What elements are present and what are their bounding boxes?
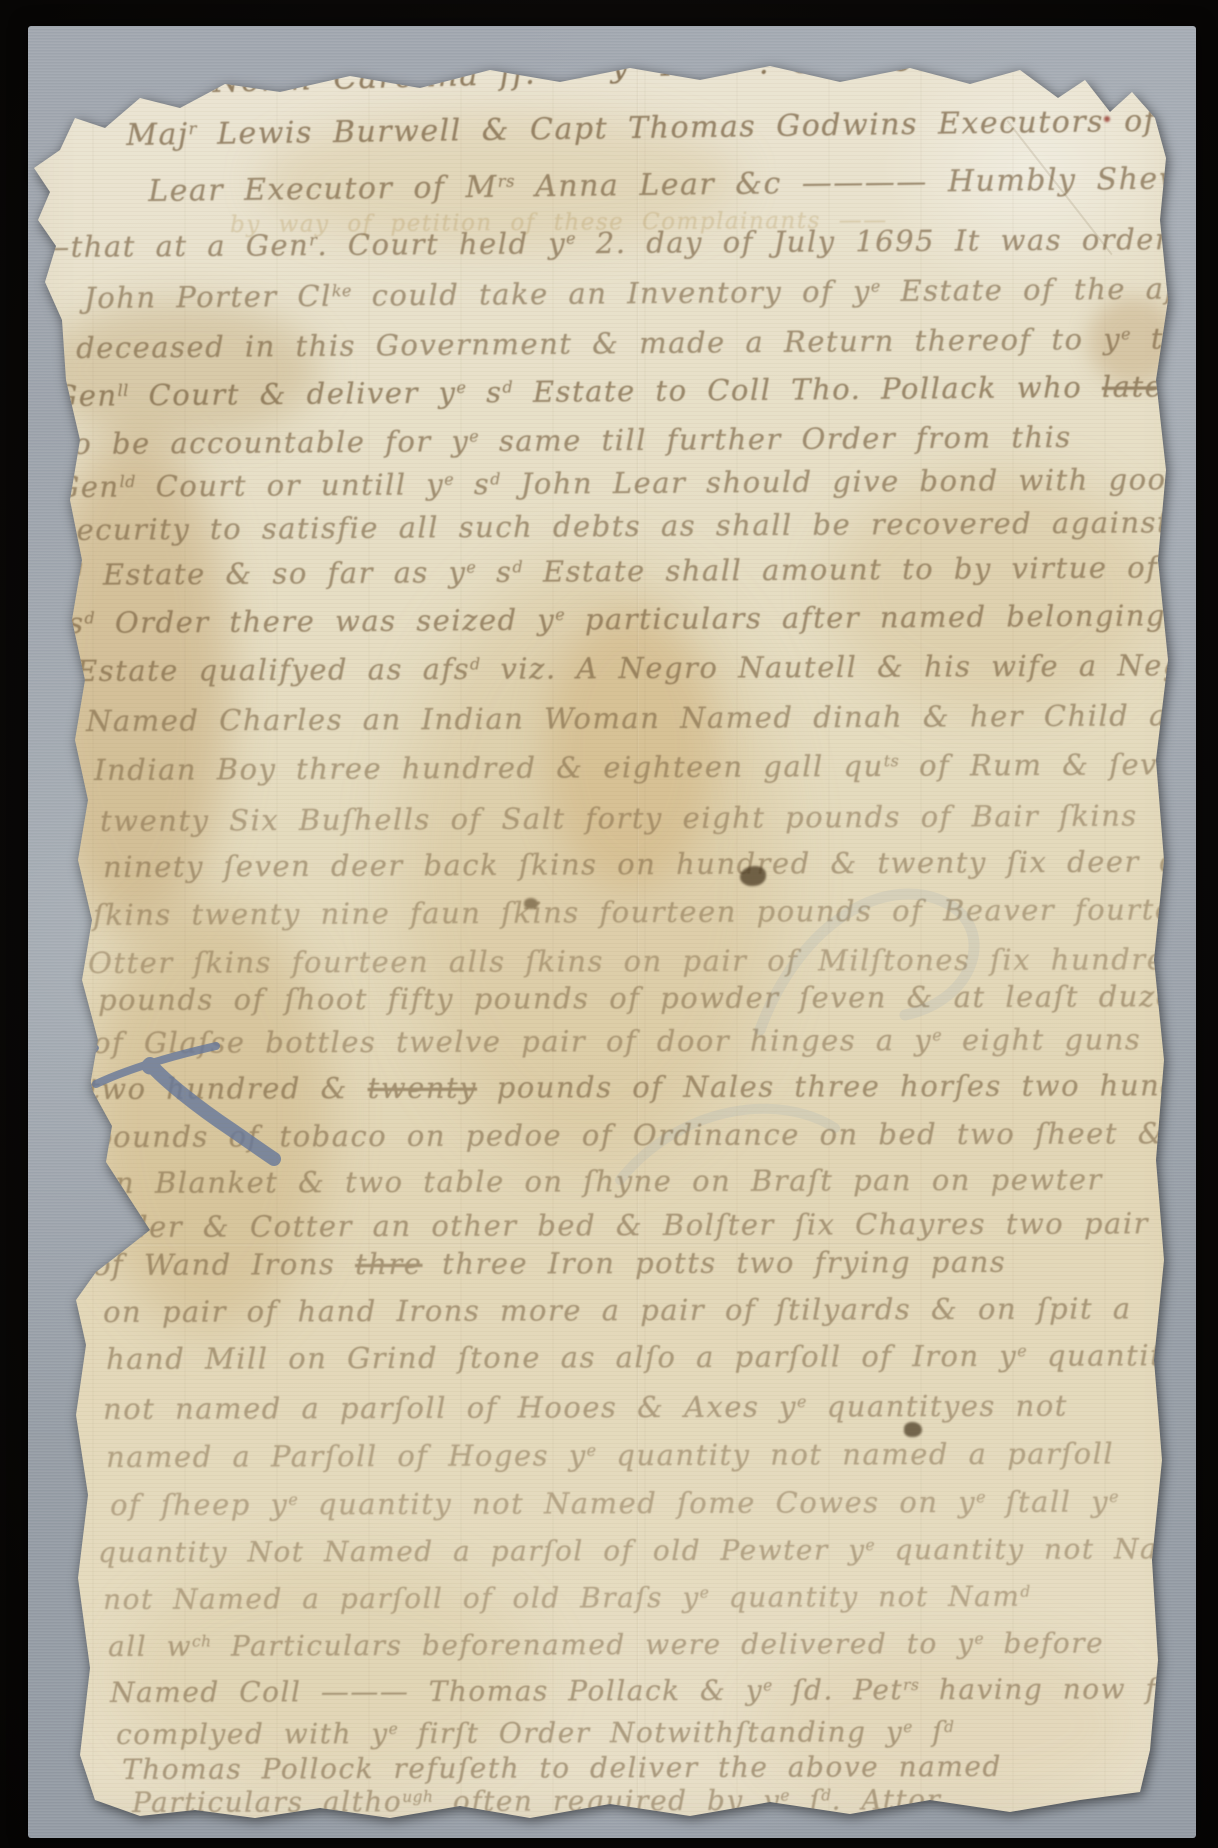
line-text: d — [858, 46, 870, 66]
line-text: e — [1208, 507, 1218, 526]
manuscript-page: North Carolina ſſ:To ye Honble. Gend Cou… — [0, 0, 1218, 1848]
line-text: s — [56, 558, 73, 592]
edge-shading — [0, 0, 1218, 1848]
line-text: d — [1186, 1535, 1196, 1553]
line-text: d — [1193, 274, 1204, 293]
manuscript-sheet-wrap: North Carolina ſſ:To ye Honble. Gend Cou… — [0, 0, 1218, 1848]
line-text: ble — [730, 48, 758, 69]
line-text: e — [629, 51, 640, 71]
photo-background: North Carolina ſſ:To ye Honble. Gend Cou… — [0, 0, 1218, 1848]
line-text: aſsind — [1192, 368, 1218, 403]
line-text: e — [1196, 552, 1206, 571]
